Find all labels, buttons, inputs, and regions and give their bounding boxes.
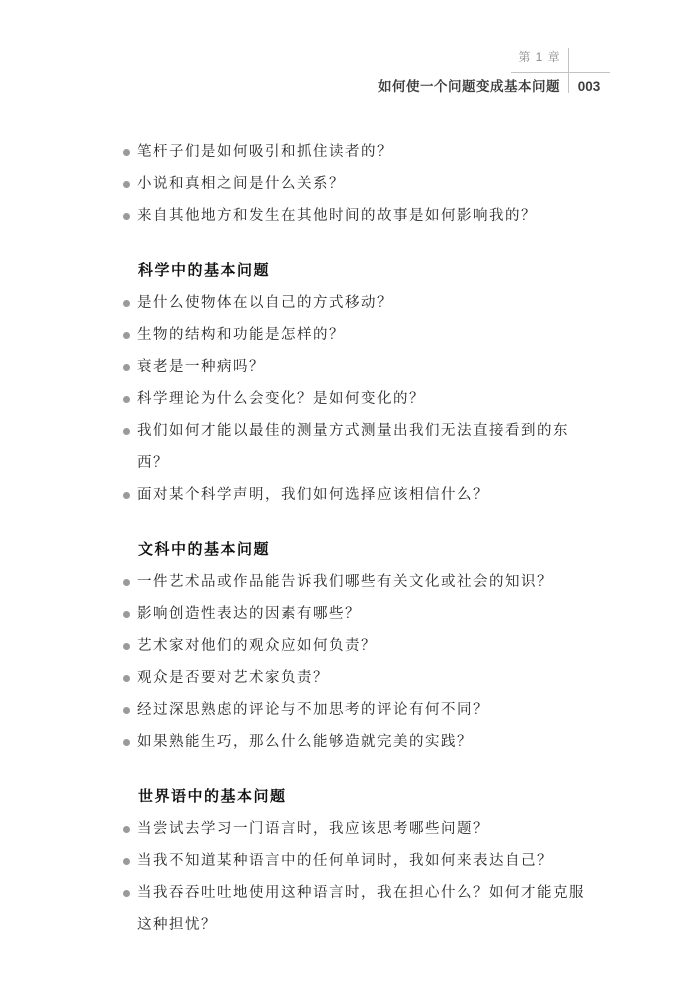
header-horizontal-rule [511,72,610,73]
list-item: 艺术家对他们的观众应如何负责？ [122,630,600,662]
bullet-icon [123,300,130,307]
bullet-icon [123,643,130,650]
page-number: 003 [568,79,610,95]
question-text: 科学理论为什么会变化？是如何变化的？ [137,391,425,407]
section-heading-science: 科学中的基本问题 [138,255,700,287]
question-text: 面对某个科学声明，我们如何选择应该相信什么？ [137,487,489,503]
chapter-label: 第 1 章 [511,50,568,65]
question-text: 笔杆子们是如何吸引和抓住读者的？ [137,144,393,160]
page-body: 笔杆子们是如何吸引和抓住读者的？ 小说和真相之间是什么关系？ 来自其他地方和发生… [0,0,700,941]
intro-question-list: 笔杆子们是如何吸引和抓住读者的？ 小说和真相之间是什么关系？ 来自其他地方和发生… [122,136,600,232]
list-item: 一件艺术品或作品能告诉我们哪些有关文化或社会的知识？ [122,566,600,598]
running-title: 如何使一个问题变成基本问题 [378,79,560,95]
question-text: 衰老是一种病吗？ [137,359,265,375]
list-item: 来自其他地方和发生在其他时间的故事是如何影响我的？ [122,200,600,232]
science-question-list: 是什么使物体在以自己的方式移动？ 生物的结构和功能是怎样的？ 衰老是一种病吗？ … [122,287,600,511]
list-item: 当我吞吞吐吐地使用这种语言时，我在担心什么？如何才能克服这种担忧？ [122,877,600,941]
bullet-icon [123,826,130,833]
question-text: 艺术家对他们的观众应如何负责？ [137,638,377,654]
section-heading-world-language: 世界语中的基本问题 [138,781,700,813]
question-text: 影响创造性表达的因素有哪些？ [137,606,361,622]
bullet-icon [123,707,130,714]
bullet-icon [123,611,130,618]
list-item: 当尝试去学习一门语言时，我应该思考哪些问题？ [122,813,600,845]
list-item: 面对某个科学声明，我们如何选择应该相信什么？ [122,479,600,511]
question-text: 当我不知道某种语言中的任何单词时，我如何来表达自己？ [137,853,553,869]
list-item: 科学理论为什么会变化？是如何变化的？ [122,383,600,415]
question-text: 生物的结构和功能是怎样的？ [137,327,345,343]
list-item: 笔杆子们是如何吸引和抓住读者的？ [122,136,600,168]
list-item: 生物的结构和功能是怎样的？ [122,319,600,351]
bullet-icon [123,428,130,435]
section-heading-liberal-arts: 文科中的基本问题 [138,534,700,566]
bullet-icon [123,739,130,746]
list-item: 如果熟能生巧，那么什么能够造就完美的实践？ [122,726,600,758]
bullet-icon [123,149,130,156]
bullet-icon [123,213,130,220]
question-text: 观众是否要对艺术家负责？ [137,670,329,686]
bullet-icon [123,364,130,371]
list-item: 影响创造性表达的因素有哪些？ [122,598,600,630]
bullet-icon [123,181,130,188]
question-text: 来自其他地方和发生在其他时间的故事是如何影响我的？ [137,208,537,224]
list-item: 衰老是一种病吗？ [122,351,600,383]
list-item: 当我不知道某种语言中的任何单词时，我如何来表达自己？ [122,845,600,877]
question-text: 是什么使物体在以自己的方式移动？ [137,295,393,311]
list-item: 观众是否要对艺术家负责？ [122,662,600,694]
question-text: 小说和真相之间是什么关系？ [137,176,345,192]
question-text: 经过深思熟虑的评论与不加思考的评论有何不同？ [137,702,489,718]
bullet-icon [123,332,130,339]
question-text: 一件艺术品或作品能告诉我们哪些有关文化或社会的知识？ [137,574,553,590]
bullet-icon [123,492,130,499]
bullet-icon [123,579,130,586]
list-item: 经过深思熟虑的评论与不加思考的评论有何不同？ [122,694,600,726]
question-text: 当尝试去学习一门语言时，我应该思考哪些问题？ [137,821,489,837]
bullet-icon [123,675,130,682]
book-page: 第 1 章 如何使一个问题变成基本问题 003 笔杆子们是如何吸引和抓住读者的？… [0,0,700,988]
bullet-icon [123,396,130,403]
world-language-question-list: 当尝试去学习一门语言时，我应该思考哪些问题？ 当我不知道某种语言中的任何单词时，… [122,813,600,941]
bullet-icon [123,858,130,865]
question-text: 我们如何才能以最佳的测量方式测量出我们无法直接看到的东西？ [137,423,569,471]
list-item: 我们如何才能以最佳的测量方式测量出我们无法直接看到的东西？ [122,415,600,479]
list-item: 小说和真相之间是什么关系？ [122,168,600,200]
question-text: 如果熟能生巧，那么什么能够造就完美的实践？ [137,734,473,750]
liberal-arts-question-list: 一件艺术品或作品能告诉我们哪些有关文化或社会的知识？ 影响创造性表达的因素有哪些… [122,566,600,758]
list-item: 是什么使物体在以自己的方式移动？ [122,287,600,319]
question-text: 当我吞吞吐吐地使用这种语言时，我在担心什么？如何才能克服这种担忧？ [137,885,585,933]
bullet-icon [123,890,130,897]
